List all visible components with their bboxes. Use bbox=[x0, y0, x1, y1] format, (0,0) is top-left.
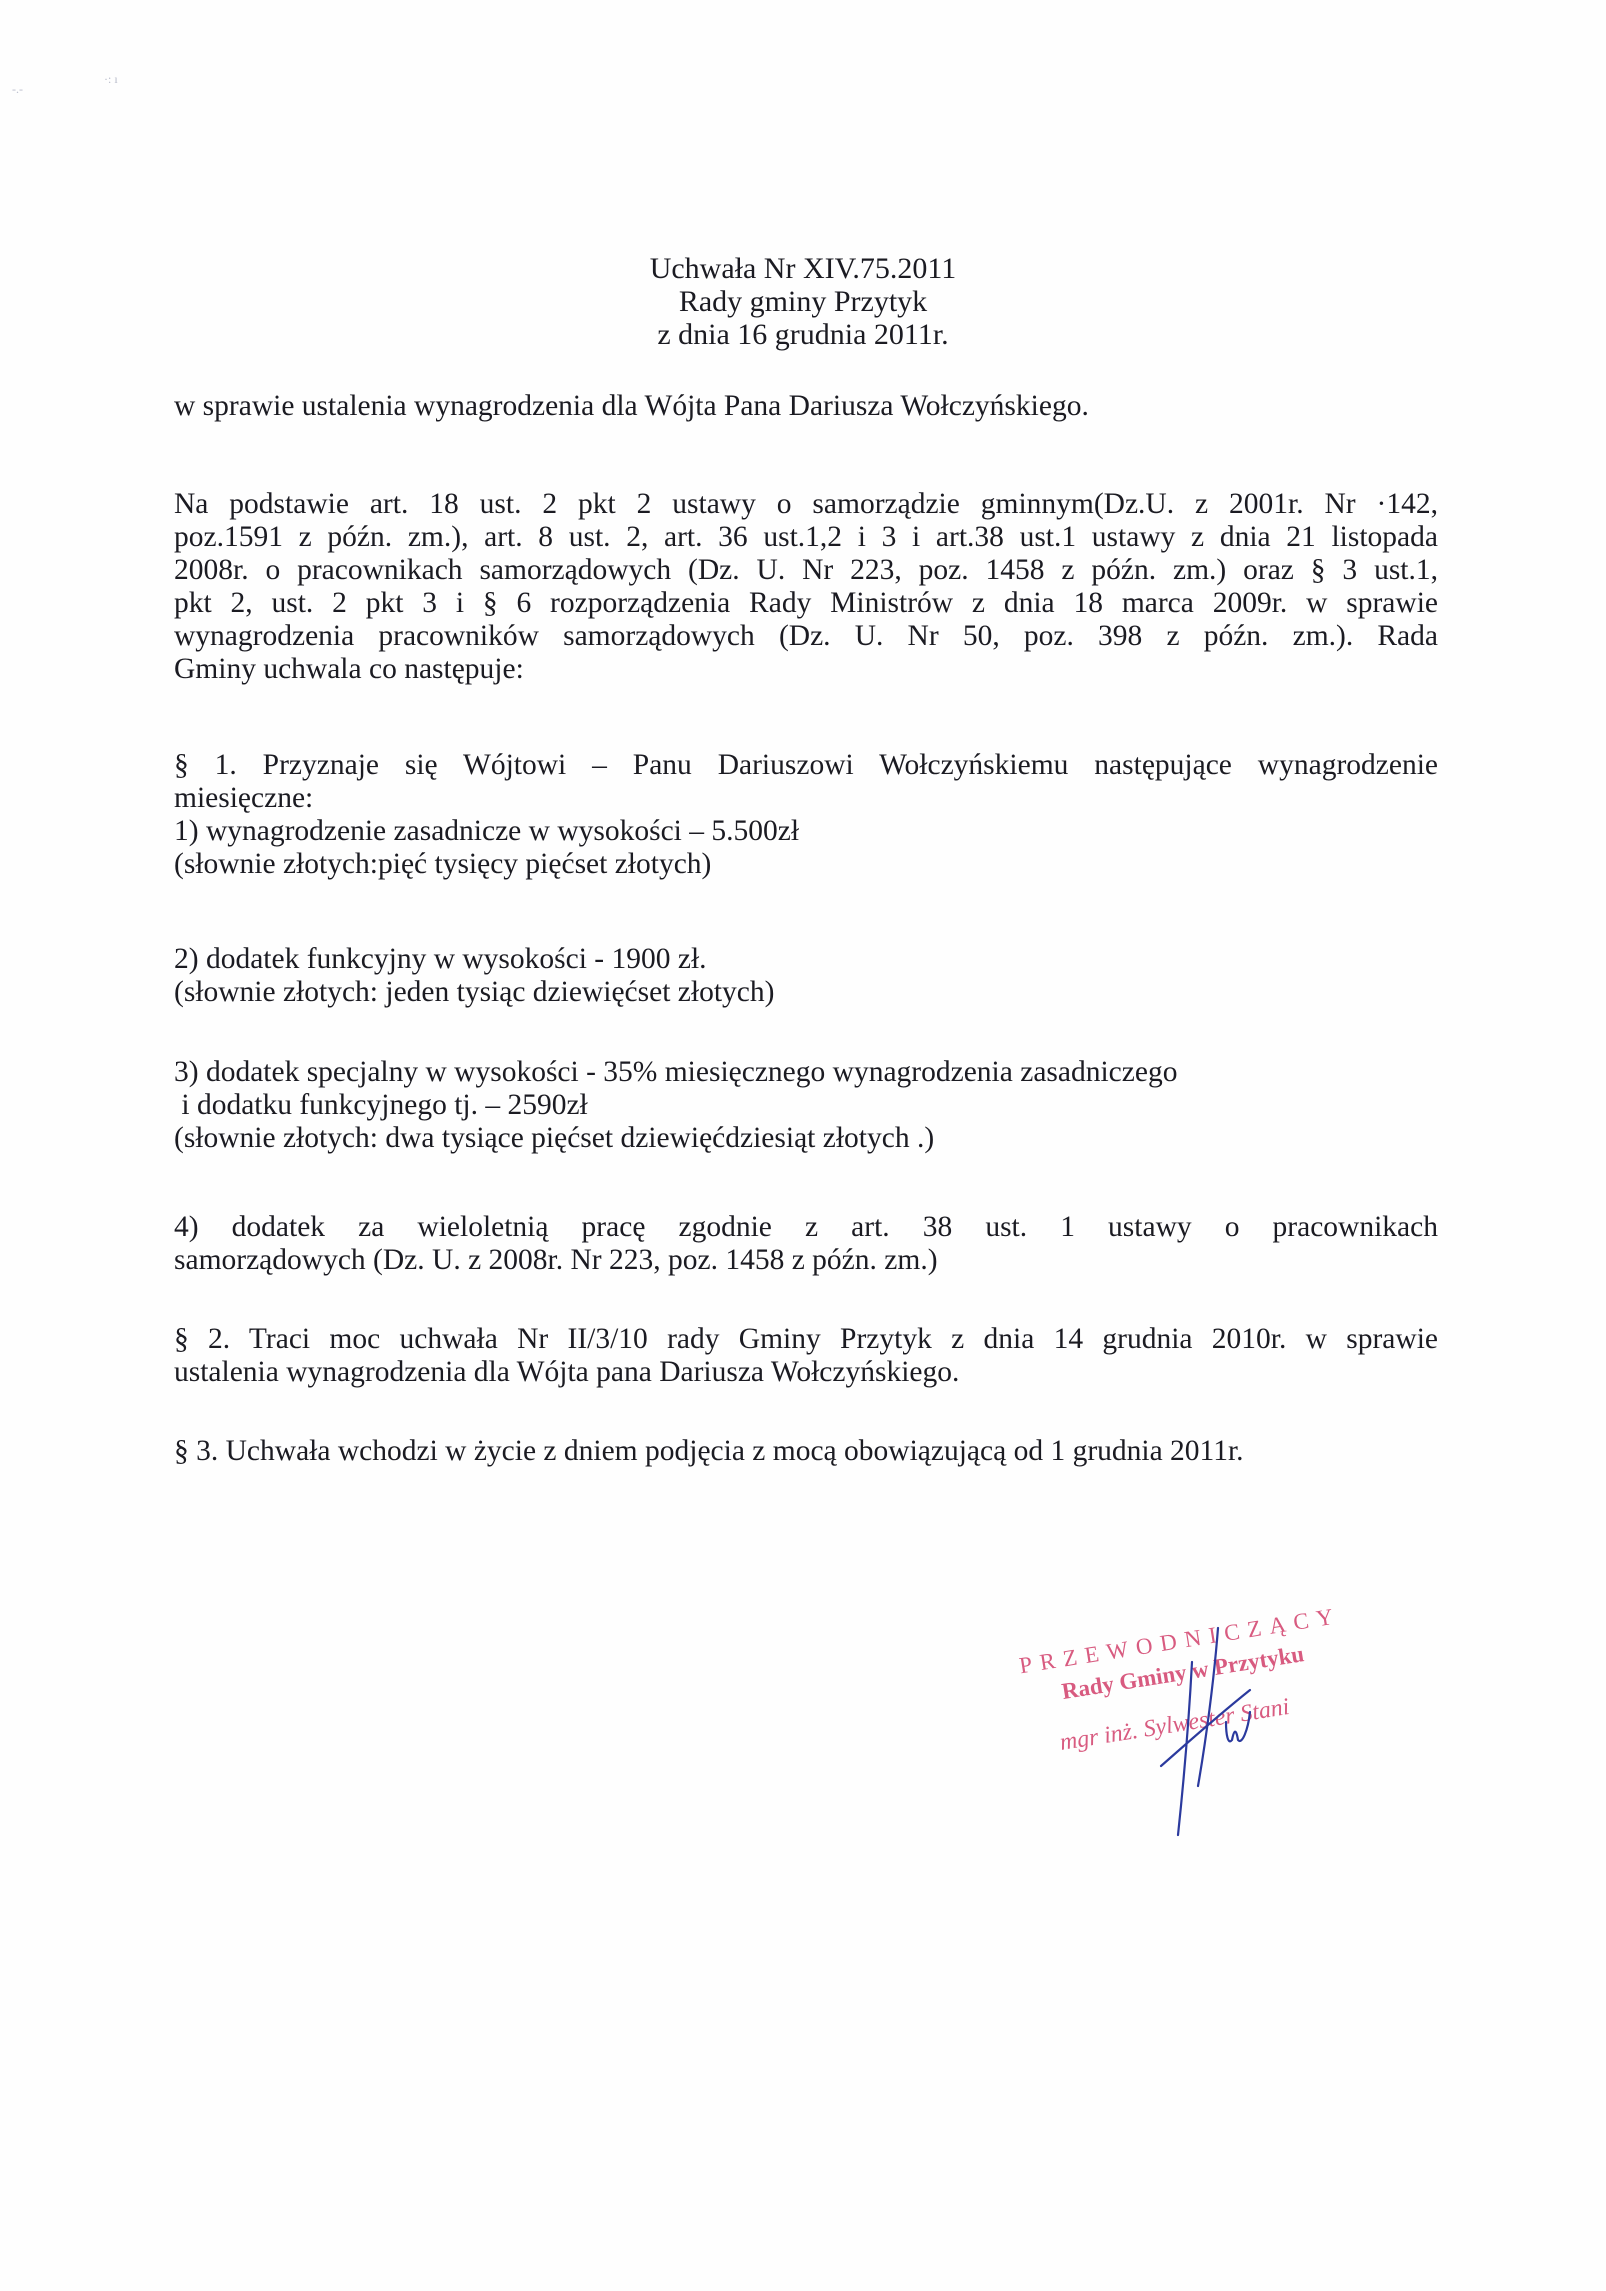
salary-item-line: i dodatku funkcyjnego tj. – 2590zł bbox=[174, 1089, 1438, 1122]
salary-item-line: 4) dodatek za wieloletnią pracę zgodnie … bbox=[174, 1211, 1438, 1244]
section-1-line: miesięczne: bbox=[174, 782, 1438, 815]
salary-item-line: (słownie złotych: dwa tysiące pięćset dz… bbox=[174, 1122, 1438, 1155]
document-page: -.- ·: ı Uchwała Nr XIV.75.2011 Rady gmi… bbox=[0, 0, 1606, 2291]
resolution-subject: w sprawie ustalenia wynagrodzenia dla Wó… bbox=[174, 390, 1438, 423]
preamble-line: poz.1591 z późn. zm.), art. 8 ust. 2, ar… bbox=[174, 521, 1438, 554]
preamble-line: Na podstawie art. 18 ust. 2 pkt 2 ustawy… bbox=[174, 488, 1438, 521]
resolution-title: Uchwała Nr XIV.75.2011 bbox=[0, 252, 1606, 285]
stamp-name: mgr inż. Sylwester Stani bbox=[1058, 1694, 1291, 1757]
resolution-header: Uchwała Nr XIV.75.2011 Rady gminy Przyty… bbox=[0, 252, 1606, 351]
salary-item-line: 3) dodatek specjalny w wysokości - 35% m… bbox=[174, 1056, 1438, 1089]
salary-item-line: 2) dodatek funkcyjny w wysokości - 1900 … bbox=[174, 943, 1438, 976]
salary-item-line: (słownie złotych: jeden tysiąc dziewięćs… bbox=[174, 976, 1438, 1009]
preamble-line: 2008r. o pracownikach samorządowych (Dz.… bbox=[174, 554, 1438, 587]
salary-item-line: samorządowych (Dz. U. z 2008r. Nr 223, p… bbox=[174, 1244, 1438, 1277]
resolution-issuer: Rady gminy Przytyk bbox=[0, 285, 1606, 318]
section-3-line: § 3. Uchwała wchodzi w życie z dniem pod… bbox=[174, 1435, 1438, 1468]
preamble-line: Gminy uchwala co następuje: bbox=[174, 653, 1438, 686]
scan-artifact: -.- bbox=[12, 82, 23, 97]
section-2-line: § 2. Traci moc uchwała Nr II/3/10 rady G… bbox=[174, 1323, 1438, 1356]
chairman-stamp: PRZEWODNICZĄCY Rady Gminy w Przytyku mgr… bbox=[1000, 1557, 1426, 1817]
scan-artifact: ·: ı bbox=[104, 72, 118, 87]
salary-item-line: (słownie złotych:pięć tysięcy pięćset zł… bbox=[174, 848, 1438, 881]
salary-item-line: 1) wynagrodzenie zasadnicze w wysokości … bbox=[174, 815, 1438, 848]
preamble-line: wynagrodzenia pracowników samorządowych … bbox=[174, 620, 1438, 653]
section-1-line: § 1. Przyznaje się Wójtowi – Panu Darius… bbox=[174, 749, 1438, 782]
preamble-line: pkt 2, ust. 2 pkt 3 i § 6 rozporządzenia… bbox=[174, 587, 1438, 620]
section-2-line: ustalenia wynagrodzenia dla Wójta pana D… bbox=[174, 1356, 1438, 1389]
resolution-date: z dnia 16 grudnia 2011r. bbox=[0, 318, 1606, 351]
